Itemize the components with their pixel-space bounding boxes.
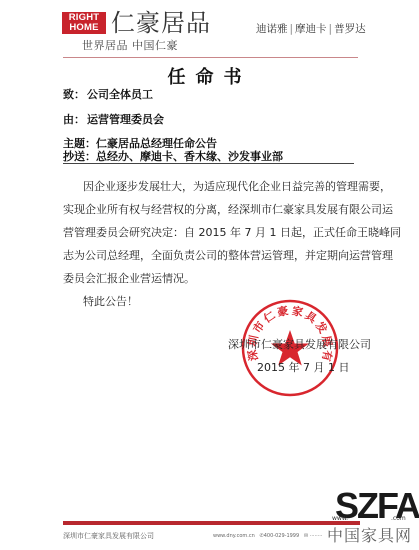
brand-separator: | <box>290 23 294 35</box>
footer-contact: www.dny.com.cn ✆400-029-1999 ✉ ········ <box>213 533 322 539</box>
logo-line2: HOME <box>62 23 106 33</box>
field-from-key: 由： <box>63 111 87 127</box>
field-cc-value: 总经办、摩迪卡、香木缘、沙发事业部 <box>96 150 283 163</box>
sub-brands: 迪诺雅|摩迪卡|普罗达 <box>256 21 366 36</box>
field-from: 由：运营管理委员会 <box>63 111 164 127</box>
body-line: 志为公司总经理，全面负责公司的整体营运管理，并定期向运营管理 <box>63 244 357 267</box>
footer-phone: 400-029-1999 <box>264 533 299 539</box>
brand-puluoda: 普罗达 <box>334 23 366 35</box>
footer-company: 深圳市仁豪家具发展有限公司 <box>63 531 154 541</box>
szfa-com: .com <box>391 515 406 522</box>
right-home-logo: RIGHT HOME <box>62 12 106 34</box>
brand-separator: | <box>329 23 333 35</box>
field-from-value: 运营管理委员会 <box>87 113 164 126</box>
body-line: 因企业逐步发展壮大，为适应现代化企业日益完善的管理需要， <box>63 175 357 198</box>
tagline: 世界居品 中国仁豪 <box>82 37 178 53</box>
footer-extra: ✉ ········ <box>304 533 323 539</box>
brand-dinuoya: 迪诺雅 <box>256 23 288 35</box>
body-line: 委员会汇报企业营运情况。 <box>63 267 357 290</box>
field-to: 致：公司全体员工 <box>63 86 153 102</box>
footer-website[interactable]: www.dny.com.cn <box>213 533 255 539</box>
brand-modika: 摩迪卡 <box>295 23 327 35</box>
body-paragraph: 因企业逐步发展壮大，为适应现代化企业日益完善的管理需要， 实现企业所有权与经营权… <box>63 175 357 313</box>
signature-company: 深圳市仁豪家具发展有限公司 <box>228 336 371 352</box>
body-line: 营管理委员会研究决定：自 2015 年 7 月 1 日起，正式任命王晓峰同 <box>63 221 357 244</box>
footer-bar <box>63 521 360 525</box>
field-cc-key: 抄送： <box>63 148 96 164</box>
szfa-watermark-name: 中国家具网 <box>327 523 412 546</box>
header-divider <box>63 57 358 58</box>
field-to-value: 公司全体员工 <box>87 88 153 101</box>
body-line: 实现企业所有权与经营权的分离，经深圳市仁豪家具发展有限公司运 <box>63 198 357 221</box>
signature-date: 2015 年 7 月 1 日 <box>257 359 349 375</box>
cc-underline <box>63 163 354 164</box>
brand-name: 仁豪居品 <box>111 9 211 37</box>
field-cc: 抄送：总经办、摩迪卡、香木缘、沙发事业部 <box>63 148 283 164</box>
field-to-key: 致： <box>63 86 87 102</box>
